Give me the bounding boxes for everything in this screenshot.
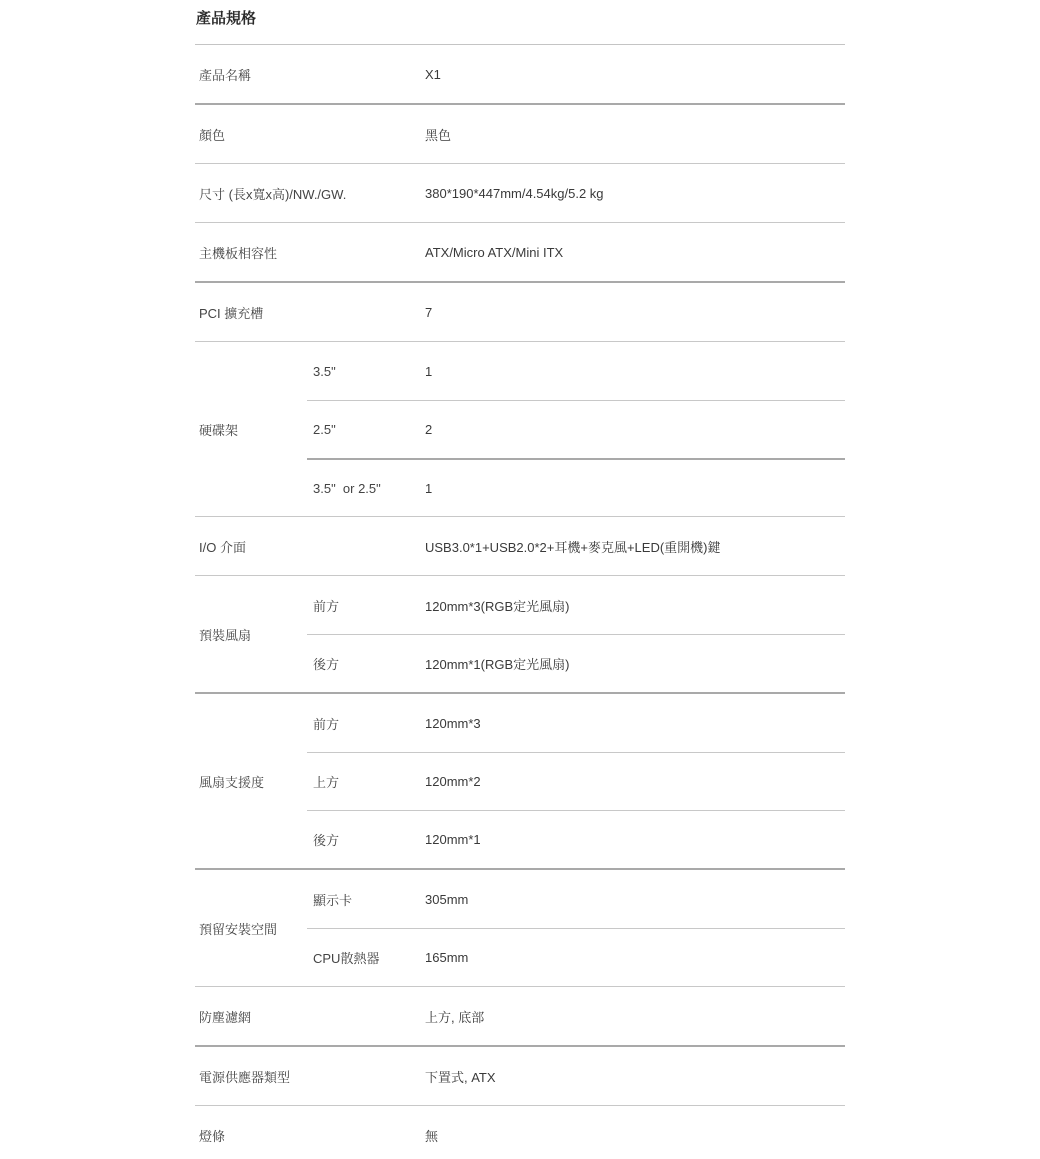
sub-label: 3.5" or 2.5": [307, 481, 425, 496]
row-value: 2: [425, 422, 845, 437]
row-value: 120mm*1(RGB定光風扇): [425, 654, 845, 673]
row-label: 主機板相容性: [195, 223, 307, 281]
spec-row-color: 顏色 黑色: [195, 105, 845, 164]
row-value: X1: [425, 67, 845, 82]
row-label: I/O 介面: [195, 517, 307, 575]
row-label: PCI 擴充槽: [195, 283, 307, 341]
sub-label: 前方: [307, 714, 425, 733]
row-value: 上方, 底部: [425, 1007, 845, 1026]
row-value: USB3.0*1+USB2.0*2+耳機+麥克風+LED(重開機)鍵: [425, 537, 845, 556]
spec-row-dimensions: 尺寸 (長x寬x高)/NW./GW. 380*190*447mm/4.54kg/…: [195, 164, 845, 223]
sub-label: 顯示卡: [307, 890, 425, 909]
sub-label: 2.5": [307, 422, 425, 437]
row-value: 120mm*1: [425, 832, 845, 847]
sub-label: CPU散熱器: [307, 948, 425, 967]
row-value: 7: [425, 305, 845, 320]
spec-row-psu-type: 電源供應器類型 下置式, ATX: [195, 1047, 845, 1106]
row-label: 燈條: [195, 1106, 307, 1159]
row-label: 尺寸 (長x寬x高)/NW./GW.: [195, 164, 307, 222]
spec-row-dust-filter: 防塵濾網 上方, 底部: [195, 987, 845, 1047]
row-label: 預留安裝空間: [195, 870, 307, 986]
row-value: 120mm*3(RGB定光風扇): [425, 596, 845, 615]
spec-row-io-panel: I/O 介面 USB3.0*1+USB2.0*2+耳機+麥克風+LED(重開機)…: [195, 517, 845, 576]
spec-row-drive-bays: 硬碟架 3.5" 1 2.5" 2 3.5" or 2.5" 1: [195, 342, 845, 517]
spec-row-preinstalled-fans: 預裝風扇 前方 120mm*3(RGB定光風扇) 後方 120mm*1(RGB定…: [195, 576, 845, 694]
row-label: 硬碟架: [195, 342, 307, 516]
row-label: 防塵濾網: [195, 987, 307, 1045]
spec-row-fan-support: 風扇支援度 前方 120mm*3 上方 120mm*2 後方 120mm*1: [195, 694, 845, 870]
row-label: 顏色: [195, 105, 307, 163]
spec-row-pci-slots: PCI 擴充槽 7: [195, 283, 845, 342]
row-value: 380*190*447mm/4.54kg/5.2 kg: [425, 186, 845, 201]
sub-label: 後方: [307, 654, 425, 673]
spec-row-light-strip: 燈條 無: [195, 1106, 845, 1159]
row-value: 120mm*2: [425, 774, 845, 789]
row-value: 1: [425, 364, 845, 379]
spec-title: 產品規格: [195, 0, 845, 45]
sub-label: 後方: [307, 830, 425, 849]
sub-label: 3.5": [307, 364, 425, 379]
spec-row-motherboard: 主機板相容性 ATX/Micro ATX/Mini ITX: [195, 223, 845, 283]
row-value: 下置式, ATX: [425, 1067, 845, 1086]
row-label: 風扇支援度: [195, 694, 307, 868]
row-value: 165mm: [425, 950, 845, 965]
row-value: 無: [425, 1126, 845, 1145]
row-value: ATX/Micro ATX/Mini ITX: [425, 245, 845, 260]
sub-label: 前方: [307, 596, 425, 615]
sub-label: 上方: [307, 772, 425, 791]
spec-row-clearance: 預留安裝空間 顯示卡 305mm CPU散熱器 165mm: [195, 870, 845, 987]
row-value: 黑色: [425, 125, 845, 144]
spec-table: 產品規格 產品名稱 X1 顏色 黑色 尺寸 (長x寬x高)/NW./GW. 38…: [195, 0, 845, 1159]
row-label: 電源供應器類型: [195, 1047, 307, 1105]
row-label: 產品名稱: [195, 45, 307, 103]
row-value: 120mm*3: [425, 716, 845, 731]
row-label: 預裝風扇: [195, 576, 307, 692]
row-value: 1: [425, 481, 845, 496]
row-value: 305mm: [425, 892, 845, 907]
spec-row-product-name: 產品名稱 X1: [195, 45, 845, 105]
